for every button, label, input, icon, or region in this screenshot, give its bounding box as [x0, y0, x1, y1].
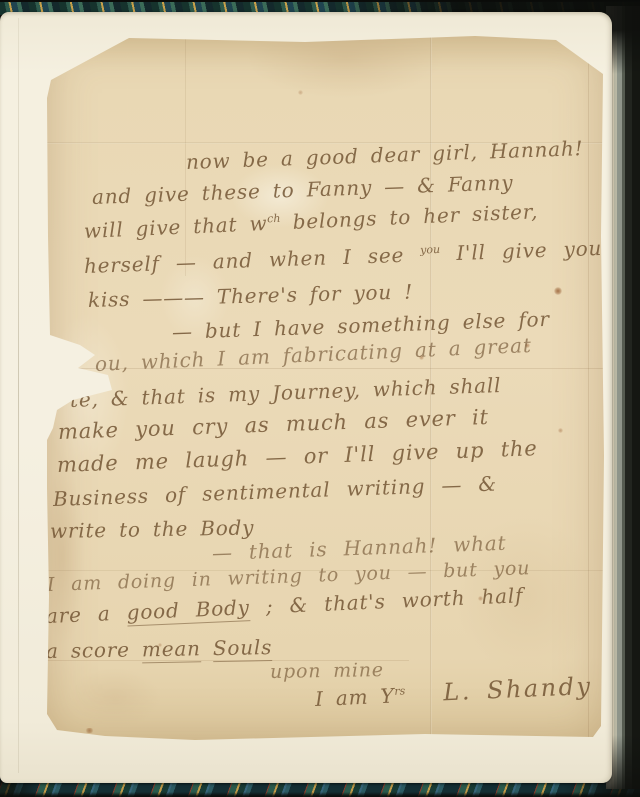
signature: L. Shandy: [443, 672, 593, 706]
line-text: a score: [46, 637, 142, 663]
closing-text: I am Y: [315, 684, 395, 711]
underlined-phrase: mean: [142, 636, 201, 663]
foxing-spot: [558, 428, 563, 433]
line-text: [201, 636, 214, 660]
foxing-spot: [85, 728, 94, 733]
letter-line-11: Business of sentimental writing — &: [53, 472, 498, 511]
letter-sheet: D now be a good dear girl, Hannah! and g…: [45, 36, 605, 742]
line-text: are a: [45, 600, 127, 628]
manuscript-photo: D now be a good dear girl, Hannah! and g…: [0, 0, 640, 797]
letter-line-04: herself — and when I see you I'll give y…: [84, 236, 603, 278]
letter-line-07: ou, which I am fabricating at a great: [94, 333, 532, 376]
line-text: herself — and when I see: [84, 242, 421, 278]
letter-line-09: make you cry as much as ever it: [58, 405, 490, 444]
line-text: I'll give you: [440, 236, 603, 266]
underlined-phrase: Souls: [213, 635, 273, 662]
letter-line-05: kiss ——— There's for you !: [88, 279, 414, 312]
superscript-insertion: ch: [267, 212, 281, 226]
superscript-insertion: you: [420, 243, 440, 257]
line-text: ; & that's worth half: [249, 583, 524, 619]
gutter-crease: [18, 18, 19, 773]
letter-line-16: a score mean Souls: [46, 635, 273, 663]
line-text: will give that w: [83, 211, 267, 243]
letter-line-10: made me laugh — or I'll give up the: [57, 436, 538, 477]
letter-line-01: now be a good dear girl, Hannah!: [186, 136, 584, 174]
foxing-spot: [298, 90, 303, 95]
line-text: belongs to her sister,: [280, 199, 539, 234]
letter-line-17: upon mine: [270, 659, 384, 683]
fold-crease-vertical: [588, 36, 589, 742]
superscript-insertion: rs: [394, 684, 405, 697]
foxing-spot: [554, 287, 562, 295]
letter-line-12: write to the Body: [50, 515, 255, 543]
underlined-phrase: good Body: [126, 595, 250, 626]
